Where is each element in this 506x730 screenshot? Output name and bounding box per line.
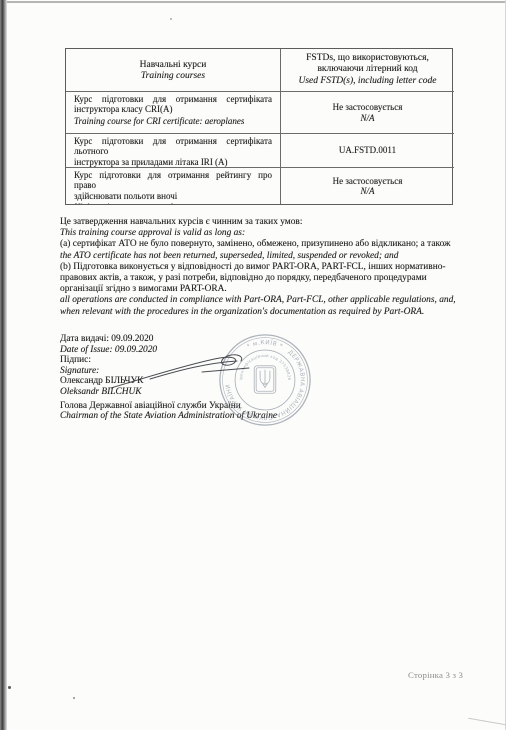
table-header-fstd: FSTDs, що використовуються, включаючи лі… — [280, 49, 454, 92]
training-courses-table: Навчальні курси Training courses FSTDs, … — [65, 48, 453, 205]
condition-a-ua: (a) сертифікат АТО не було повернуто, за… — [60, 239, 456, 250]
course-iri-ua-line2: інструктора за приладами літака IRI (A) — [74, 157, 272, 167]
header-courses-ua: Навчальні курси — [140, 60, 207, 71]
table-row-night-course: Курс підготовки для отримання рейтингу п… — [66, 168, 280, 204]
table-row-cri-course: Курс підготовки для отримання сертифікат… — [66, 92, 280, 134]
scan-edge-left — [0, 0, 7, 730]
scanned-certificate-page: Навчальні курси Training courses FSTDs, … — [0, 0, 506, 730]
scan-speck — [73, 697, 75, 699]
course-night-en: Night rating course: aeroplanes — [74, 202, 272, 204]
conditions-intro-en: This training course approval is valid a… — [60, 228, 456, 239]
table-row-iri-course: Курс підготовки для отримання сертифікат… — [66, 134, 280, 168]
condition-b-en-line2: when relevant with the procedures in the… — [60, 307, 456, 318]
table-row-iri-fstd: UA.FSTD.0011 — [280, 134, 454, 168]
condition-b-ua-line3: організації згідно з вимогами PART-ORA. — [60, 284, 456, 295]
signature-strokes — [111, 355, 249, 388]
night-fstd-value: Не застосовується — [333, 176, 403, 186]
condition-b-en-line1: all operations are conducted in complian… — [60, 295, 456, 306]
table-row-cri-fstd: Не застосовується N/A — [280, 92, 454, 134]
conditions-intro-ua: Це затвердження навчальних курсів є чинн… — [60, 217, 456, 228]
header-courses-en: Training courses — [141, 71, 205, 82]
table-row-night-fstd: Не застосовується N/A — [280, 168, 454, 204]
condition-b-ua-line2: правових актів, а також, у разі потреби,… — [60, 273, 456, 284]
course-cri-en: Training course for CRI certificate: aer… — [74, 116, 272, 126]
cri-fstd-na: N/A — [360, 113, 374, 123]
course-cri-ua-line1: Курс підготовки для отримання сертифікат… — [74, 94, 272, 104]
condition-b-ua-line1: (b) Підготовка виконується у відповіднос… — [60, 262, 456, 273]
validity-conditions: Це затвердження навчальних курсів є чинн… — [60, 217, 456, 318]
scan-edge-top — [7, 1, 506, 3]
header-fstd-line3: Used FSTD(s), including letter code — [299, 76, 437, 87]
course-night-ua-line2: здійснювати польоти вночі — [74, 191, 272, 201]
scan-speck — [8, 686, 11, 689]
trident-icon — [254, 366, 276, 393]
header-fstd-line1: FSTDs, що використовуються, — [306, 53, 429, 64]
page-number: Сторінка 3 з 3 — [408, 670, 463, 680]
night-fstd-na: N/A — [360, 186, 374, 196]
iri-fstd-value: UA.FSTD.0011 — [339, 145, 396, 155]
scan-scratch — [468, 718, 506, 726]
signature-scribble — [105, 348, 255, 393]
course-cri-ua-line2: інструктора класу CRI(A) — [74, 104, 272, 114]
header-fstd-line2: включаючи літерний код — [317, 64, 417, 75]
course-iri-ua-line1: Курс підготовки для отримання сертифікат… — [74, 136, 272, 157]
course-night-ua-line1: Курс підготовки для отримання рейтингу п… — [74, 170, 272, 191]
table-header-courses: Навчальні курси Training courses — [66, 49, 280, 92]
scan-speck — [170, 18, 172, 20]
condition-a-en: the ATO certificate has not been returne… — [60, 251, 456, 262]
cri-fstd-value: Не застосовується — [333, 102, 403, 112]
